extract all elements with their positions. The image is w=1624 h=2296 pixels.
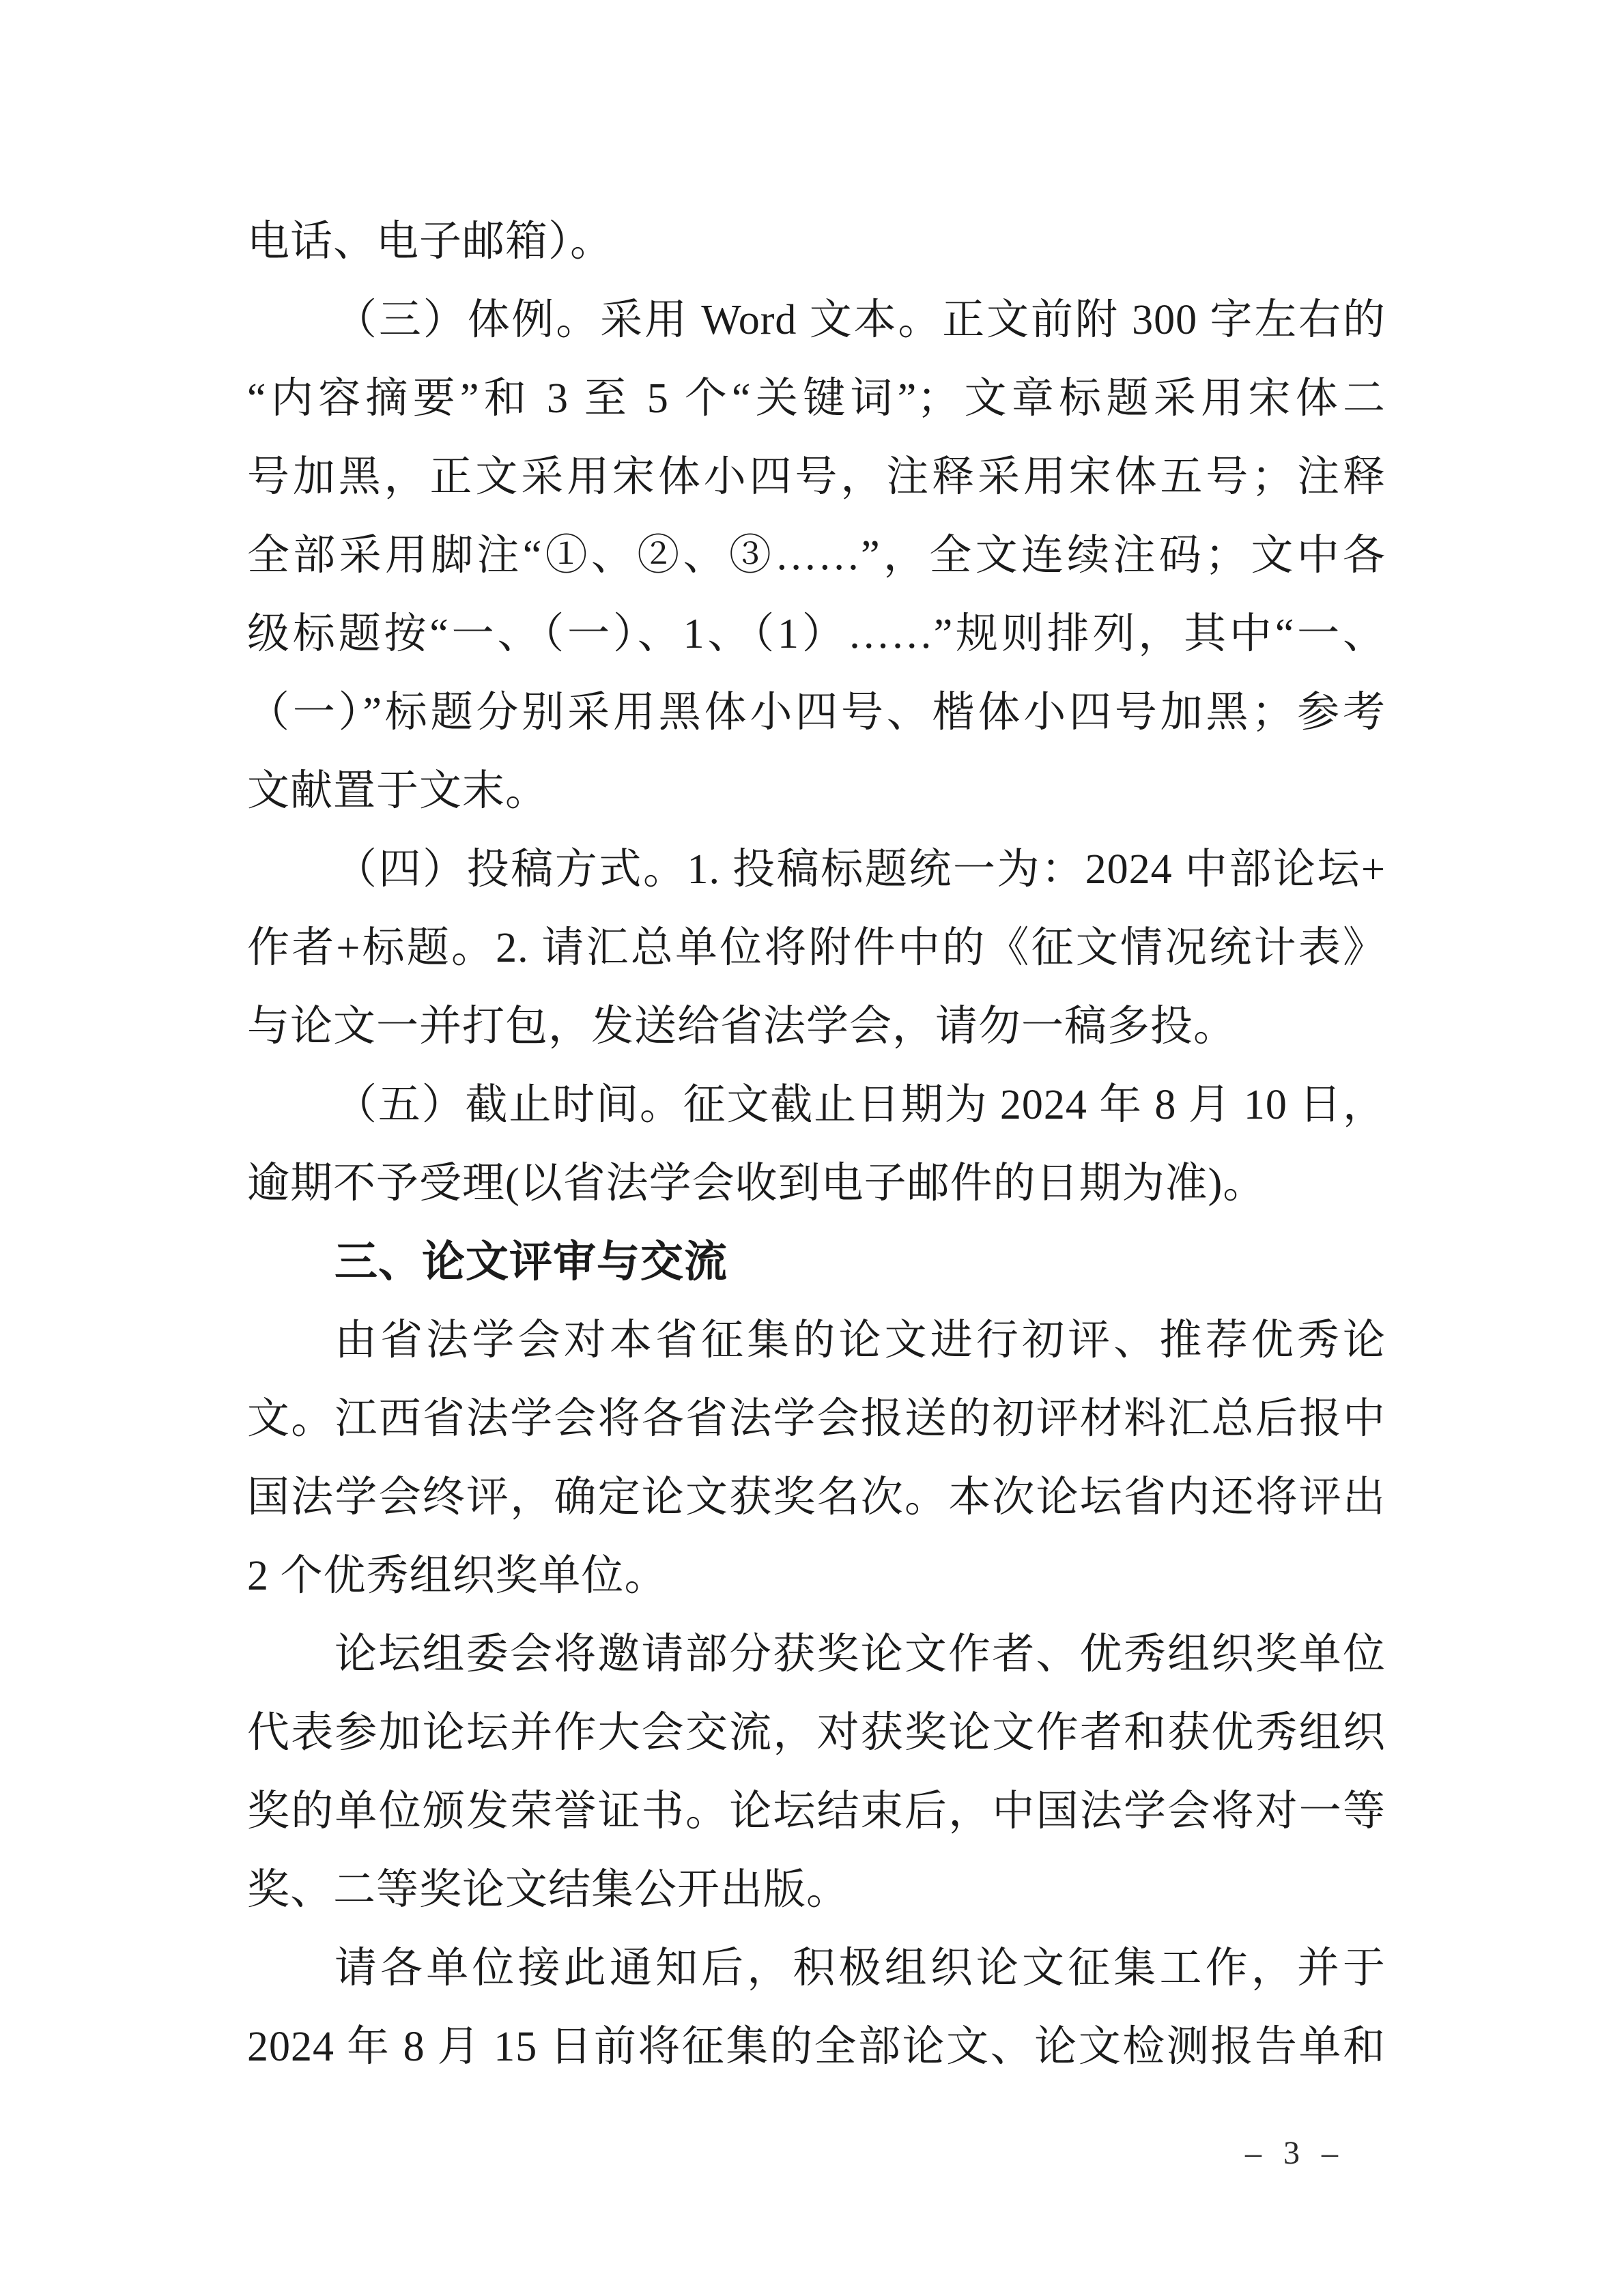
text-line: 文。江西省法学会将各省法学会报送的初评材料汇总后报中 [247, 1380, 1386, 1459]
text-line: 逾期不予受理(以省法学会收到电子邮件的日期为准)。 [247, 1145, 1386, 1223]
text-line: “内容摘要”和 3 至 5 个“关键词”；文章标题采用宋体二 [247, 360, 1386, 438]
text-line: 级标题按“一、（一）、1、（1）……”规则排列，其中“一、 [247, 595, 1386, 674]
section-heading: 三、论文评审与交流 [247, 1223, 1386, 1302]
text-line: 全部采用脚注“①、②、③……”，全文连续注码；文中各 [247, 517, 1386, 595]
text-line: 号加黑，正文采用宋体小四号，注释采用宋体五号；注释 [247, 438, 1386, 517]
text-line: 请各单位接此通知后，积极组织论文征集工作，并于 [247, 1929, 1386, 2008]
text-line: （四）投稿方式。1. 投稿标题统一为：2024 中部论坛+ [247, 831, 1386, 909]
text-line: 2 个优秀组织奖单位。 [247, 1537, 1386, 1616]
page-number: – 3 – [1245, 2129, 1345, 2177]
text-line: 论坛组委会将邀请部分获奖论文作者、优秀组织奖单位 [247, 1616, 1386, 1694]
text-line: （三）体例。采用 Word 文本。正文前附 300 字左右的 [247, 281, 1386, 360]
text-line: 代表参加论坛并作大会交流，对获奖论文作者和获优秀组织 [247, 1694, 1386, 1773]
text-line: 与论文一并打包，发送给省法学会，请勿一稿多投。 [247, 988, 1386, 1066]
document-body: 电话、电子邮箱）。（三）体例。采用 Word 文本。正文前附 300 字左右的“… [247, 203, 1386, 2086]
text-line: 作者+标题。2. 请汇总单位将附件中的《征文情况统计表》 [247, 909, 1386, 988]
text-line: （五）截止时间。征文截止日期为 2024 年 8 月 10 日， [247, 1066, 1386, 1145]
text-line: 奖的单位颁发荣誉证书。论坛结束后，中国法学会将对一等 [247, 1773, 1386, 1851]
text-line: 电话、电子邮箱）。 [247, 203, 1386, 281]
text-line: 奖、二等奖论文结集公开出版。 [247, 1851, 1386, 1929]
text-line: 文献置于文末。 [247, 752, 1386, 831]
text-line: 国法学会终评，确定论文获奖名次。本次论坛省内还将评出 [247, 1459, 1386, 1537]
document-page: 电话、电子邮箱）。（三）体例。采用 Word 文本。正文前附 300 字左右的“… [0, 0, 1624, 2296]
text-line: （一）”标题分别采用黑体小四号、楷体小四号加黑；参考 [247, 674, 1386, 752]
text-line: 2024 年 8 月 15 日前将征集的全部论文、论文检测报告单和 [247, 2008, 1386, 2086]
text-line: 由省法学会对本省征集的论文进行初评、推荐优秀论 [247, 1302, 1386, 1380]
